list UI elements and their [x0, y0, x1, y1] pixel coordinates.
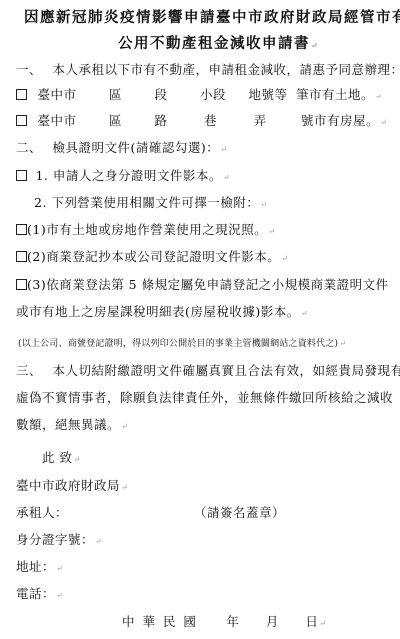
signature-hint: （請簽名蓋章） — [194, 505, 285, 521]
section-3-line-2: 虛偽不實情事者，除願負法律責任外，並無條件繳回所核給之減收 — [16, 390, 393, 406]
house-option: 臺中市 區 路 巷 弄 號市有房屋。↵ — [16, 113, 387, 131]
house-option-checkbox[interactable] — [16, 115, 27, 126]
doc-sub-2-checkbox[interactable] — [16, 251, 27, 262]
doc-sub-3-cont: 或市有地上之房屋課稅明細表(房屋稅收據)影本。↵ — [16, 304, 308, 322]
section-1-intro: 一、 本人承租以下市有不動產，申請租金減收，請惠予同意辦理： — [16, 62, 400, 78]
date-day: 日 — [305, 614, 318, 629]
section-3-line-1: 三、 本人切結附繳證明文件確屬真實且合法有效，如經貴局發現有 — [16, 363, 400, 379]
doc-item-1: 1. 申請人之身分證明文件影本。↵ — [16, 168, 230, 186]
lessee-field: 承租人： （請簽名蓋章） — [16, 505, 68, 521]
date-line: 中 華 民 國 年 月 日↵ — [122, 614, 327, 632]
title-line-1: 因應新冠肺炎疫情影響申請臺中市政府財政局經管市有非 — [24, 10, 400, 26]
doc-sub-1-checkbox[interactable] — [16, 224, 27, 235]
land-option-checkbox[interactable] — [16, 89, 27, 100]
section-2-heading: 二、 — [16, 140, 42, 155]
doc-sub-2: (2)商業登記抄本或公司登記證明文件影本。↵ — [16, 249, 288, 267]
paragraph-mark: ↵ — [311, 40, 319, 50]
phone-field: 電話：↵ — [16, 586, 63, 604]
date-year: 年 — [226, 614, 239, 629]
section-3-line-3: 數額，絕無異議。↵ — [16, 417, 128, 435]
section-3-heading: 三、 — [16, 363, 42, 378]
id-number-field: 身分證字號：↵ — [16, 532, 102, 550]
closing-salutation: 此 致↵ — [42, 450, 81, 468]
title-line-2: 公用不動產租金減收申請書↵ — [118, 36, 319, 53]
lessee-label: 承租人： — [16, 505, 68, 520]
date-month: 月 — [266, 614, 279, 629]
doc-sub-1: (1)市有土地或房地作營業使用之現況照。↵ — [16, 222, 275, 240]
address-field: 地址：↵ — [16, 559, 63, 577]
doc-sub-3: (3)依商業登法第 5 條規定屬免申請登記之小規模商業證明文件 — [16, 277, 389, 293]
doc-item-2: 2. 下列營業使用相關文件可擇一檢附：↵ — [34, 195, 268, 213]
section-2-text: 檢具證明文件(請確認勾選)： — [53, 140, 220, 155]
section-1-heading: 一、 — [16, 62, 42, 77]
recipient: 臺中市政府財政局↵ — [16, 478, 128, 496]
section-2-intro: 二、 檢具證明文件(請確認勾選)：↵ — [16, 140, 227, 158]
doc-sub-3-checkbox[interactable] — [16, 279, 27, 290]
date-era: 中 華 民 國 — [122, 614, 198, 629]
registration-note: (以上公司、商號登記證明，得以列印公開於目的事業主管機關網站之資料代之)↵ — [18, 336, 346, 352]
section-1-text: 本人承租以下市有不動產，申請租金減收，請惠予同意辦理： — [53, 62, 400, 77]
land-option: 臺中市 區 段 小段 地號等 筆市有土地。↵ — [16, 87, 382, 105]
doc-item-1-checkbox[interactable] — [16, 170, 27, 181]
